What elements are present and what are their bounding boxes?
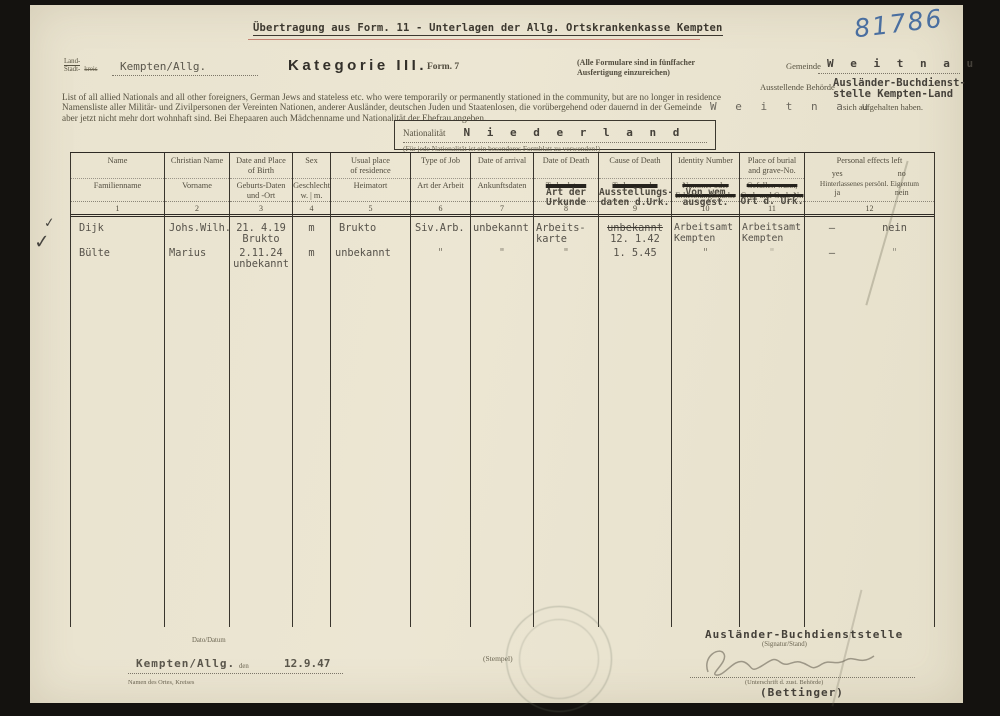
- place-date-underline: [128, 672, 343, 674]
- cell-eigentum-r1: – nein: [805, 223, 934, 248]
- cell-ausstellung-r2: 1. 5.45: [599, 248, 671, 273]
- column-heimatort-header: Usual place of residence Heimatort 5: [331, 153, 410, 217]
- column-name: Name Familienname 1 Dijk Bülte: [70, 153, 165, 627]
- column-vonwem-body: Arbeitsamt Kempten ": [672, 217, 739, 627]
- signed-name-typed: (Bettinger): [760, 686, 844, 699]
- column-geburt-body: 21. 4.19 Brukto 2.11.24 unbekannt: [230, 217, 292, 627]
- place-value: Kempten/Allg.: [136, 657, 235, 670]
- struck-value: unbekannt: [601, 223, 669, 234]
- col-header-de: Vorname: [165, 179, 229, 201]
- col-header-de: Ankunftsdaten: [471, 179, 533, 201]
- col-header-de: Geschlecht w. | m.: [293, 179, 330, 201]
- cell-ankunft-r1: unbekannt: [471, 223, 533, 248]
- eigentum-ja-r1: –: [807, 223, 857, 248]
- cell-sex-r1: m: [293, 223, 330, 248]
- column-urkunde-header: Date of Death Todesdatum Art der Urkunde…: [534, 153, 598, 217]
- column-urkunde: Date of Death Todesdatum Art der Urkunde…: [534, 153, 599, 627]
- kreis-underline: [112, 74, 258, 76]
- col-header-en: Type of Job: [411, 153, 470, 179]
- place-caption: Namen des Ortes, Kreises: [128, 679, 194, 686]
- col-header-en: Identity Number: [672, 153, 739, 179]
- date-value: 12.9.47: [284, 657, 330, 670]
- eigentum-nein-r1: nein: [857, 223, 932, 248]
- behoerde-label: Ausstellende Behörde: [760, 82, 835, 92]
- cell-eigentum-r2: – ": [805, 248, 934, 273]
- eigentum-nein-r2: ": [857, 248, 932, 273]
- col-header-number: 5: [331, 201, 410, 214]
- kreis-label: Land-Stadt- kreis: [64, 58, 97, 76]
- column-orturkunde-body: Arbeitsamt Kempten ": [740, 217, 804, 627]
- col-header-en: Name: [71, 153, 164, 179]
- den-label: den: [239, 663, 249, 670]
- aufgehalten-note: sich aufgehalten haben.: [843, 102, 923, 112]
- issuing-office-typed: Ausländer-Buchdienststelle: [705, 628, 903, 641]
- column-ausstellung-header: Cause of Death Todesursache Ausstellungs…: [599, 153, 671, 217]
- cell-urkunde-r2: ": [534, 248, 598, 273]
- column-urkunde-body: Arbeits- karte ": [534, 217, 598, 627]
- col-header-ja-nein: ja nein: [805, 188, 934, 201]
- col-header-typed: Ort d. Urk.: [740, 197, 804, 207]
- column-ankunft-header: Date of arrival Ankunftsdaten 7: [471, 153, 533, 217]
- form-number: Form. 7: [427, 62, 459, 72]
- col-header-en: Date of Death: [534, 153, 598, 179]
- col-header-number: 3: [230, 201, 292, 214]
- column-eigentum-body: – nein – ": [805, 217, 934, 627]
- kreis-value: Kempten/Allg.: [120, 60, 206, 73]
- column-orturkunde: Place of burial and grave-No. Gefallen w…: [740, 153, 805, 627]
- intro-line-2: Namensliste aller Militär- und Zivilpers…: [62, 102, 724, 112]
- col-header-de: Hinterlassenes persönl. Eigentum: [805, 178, 934, 188]
- gemeinde-value: W e i t n a u: [827, 57, 978, 70]
- cell-name-r1: Dijk: [71, 223, 164, 248]
- column-heimatort-body: Brukto unbekannt: [331, 217, 410, 627]
- column-eigentum-header: Personal effects left yes no Hinterlasse…: [805, 153, 934, 217]
- kreis-label-suffix: kreis: [84, 66, 97, 73]
- col-header-en: Date and Place of Birth: [230, 153, 292, 179]
- column-name-body: Dijk Bülte: [71, 217, 164, 627]
- unterschrift-caption: (Unterschrift d. zust. Behörde): [745, 679, 823, 686]
- column-arbeit: Type of Job Art der Arbeit 6 Siv.Arb. ": [411, 153, 471, 627]
- col-header-number: 7: [471, 201, 533, 214]
- nein-label: nein: [870, 188, 935, 201]
- col-header-number: 2: [165, 201, 229, 214]
- handwritten-signature: [698, 644, 888, 678]
- nationality-value: N i e d e r l a n d: [464, 126, 685, 139]
- persons-table: Name Familienname 1 Dijk Bülte Christian…: [70, 152, 935, 627]
- col-header-typed: Art der Urkunde: [534, 188, 598, 208]
- col-header-en: Sex: [293, 153, 330, 179]
- col-header-de: Familienname: [71, 179, 164, 201]
- kreis-label-stadt: Stadt-: [64, 65, 80, 73]
- column-vorname-body: Johs.Wilh. Marius: [165, 217, 229, 627]
- col-header-number: 1: [71, 201, 164, 214]
- col-header-de: Geburts-Daten und -Ort: [230, 179, 292, 201]
- row2-checkmark: ✓: [33, 230, 50, 253]
- behoerde-value: Ausländer-Buchdienst- stelle Kempten-Lan…: [833, 78, 966, 100]
- signature-underline: [690, 676, 915, 678]
- formulare-note: (Alle Formulare sind in fünffacher Ausfe…: [577, 58, 695, 77]
- document-title: Übertragung aus Form. 11 - Unterlagen de…: [253, 22, 723, 36]
- yes-label: yes: [805, 169, 870, 178]
- ja-label: ja: [805, 188, 870, 201]
- column-sex-body: m m: [293, 217, 330, 627]
- cell-heimat-r1: Brukto: [331, 223, 410, 248]
- intro-line-1: List of all allied Nationals and all oth…: [62, 92, 724, 102]
- cell-heimat-r2: unbekannt: [331, 248, 410, 273]
- cell-sex-r2: m: [293, 248, 330, 273]
- col-header-number: 4: [293, 201, 330, 214]
- cell-orturkunde-r1: Arbeitsamt Kempten: [740, 223, 804, 248]
- col-header-typed: Ausstellungs- daten d.Urk.: [599, 188, 671, 208]
- column-heimatort: Usual place of residence Heimatort 5 Bru…: [331, 153, 411, 627]
- column-vorname-header: Christian Name Vorname 2: [165, 153, 229, 217]
- scanned-form-page: Übertragung aus Form. 11 - Unterlagen de…: [0, 0, 1000, 716]
- corrected-value: 12. 1.42: [601, 234, 669, 245]
- red-underline: [248, 39, 700, 40]
- col-header-de: Art der Arbeit: [411, 179, 470, 201]
- column-geburt: Date and Place of Birth Geburts-Daten un…: [230, 153, 293, 627]
- column-vonwem-header: Identity Number Nummer oder Erkennungsma…: [672, 153, 739, 217]
- cell-vorname-r1: Johs.Wilh.: [165, 223, 229, 248]
- kategorie-heading: Kategorie III.: [288, 57, 427, 74]
- dato-label: Dato/Datum: [192, 637, 226, 644]
- column-eigentum: Personal effects left yes no Hinterlasse…: [805, 153, 935, 627]
- round-stamp: [506, 606, 612, 712]
- nationality-label: Nationalität: [403, 128, 446, 138]
- col-header-typed: Von wem ausgest.: [672, 188, 739, 208]
- row1-checkmark: ✓: [43, 215, 55, 231]
- column-geburt-header: Date and Place of Birth Geburts-Daten un…: [230, 153, 292, 217]
- col-header-yes-no: yes no: [805, 169, 934, 178]
- nationality-box: Nationalität N i e d e r l a n d (Für je…: [394, 120, 716, 150]
- col-header-en: Christian Name: [165, 153, 229, 179]
- column-arbeit-header: Type of Job Art der Arbeit 6: [411, 153, 470, 217]
- column-sex-header: Sex Geschlecht w. | m. 4: [293, 153, 330, 217]
- cell-urkunde-r1: Arbeits- karte: [534, 223, 598, 248]
- cell-vonwem-r1: Arbeitsamt Kempten: [672, 223, 739, 248]
- eigentum-ja-r2: –: [807, 248, 857, 273]
- column-ausstellung: Cause of Death Todesursache Ausstellungs…: [599, 153, 672, 627]
- col-header-en: Date of arrival: [471, 153, 533, 179]
- column-sex: Sex Geschlecht w. | m. 4 m m: [293, 153, 331, 627]
- nationality-underline: [403, 141, 707, 143]
- column-ausstellung-body: unbekannt 12. 1.42 1. 5.45: [599, 217, 671, 627]
- col-header-number: 6: [411, 201, 470, 214]
- column-orturkunde-header: Place of burial and grave-No. Gefallen w…: [740, 153, 804, 217]
- cell-arbeit-r2: ": [411, 248, 470, 273]
- col-header-en: Personal effects left: [805, 153, 934, 169]
- cell-ausstellung-r1: unbekannt 12. 1.42: [599, 223, 671, 248]
- column-vonwem: Identity Number Nummer oder Erkennungsma…: [672, 153, 740, 627]
- cell-geburt-r2: 2.11.24 unbekannt: [230, 248, 292, 273]
- kreis-label-land: Land-: [64, 58, 80, 65]
- column-ankunft: Date of arrival Ankunftsdaten 7 unbekann…: [471, 153, 534, 627]
- column-arbeit-body: Siv.Arb. ": [411, 217, 470, 627]
- gemeinde-underline: [818, 72, 960, 74]
- col-header-en: Cause of Death: [599, 153, 671, 179]
- gemeinde-label: Gemeinde: [786, 61, 821, 71]
- col-header-en: Usual place of residence: [331, 153, 410, 179]
- cell-ankunft-r2: ": [471, 248, 533, 273]
- cell-name-r2: Bülte: [71, 248, 164, 273]
- column-vorname: Christian Name Vorname 2 Johs.Wilh. Mari…: [165, 153, 230, 627]
- column-ankunft-body: unbekannt ": [471, 217, 533, 627]
- intro-paragraph: List of all allied Nationals and all oth…: [62, 92, 724, 123]
- column-name-header: Name Familienname 1: [71, 153, 164, 217]
- cell-orturkunde-r2: ": [740, 248, 804, 273]
- cell-geburt-r1: 21. 4.19 Brukto: [230, 223, 292, 248]
- kreis-label-stack: Land-Stadt-: [64, 58, 80, 73]
- col-header-en: Place of burial and grave-No.: [740, 153, 804, 179]
- col-header-number: 12: [805, 201, 934, 214]
- cell-vorname-r2: Marius: [165, 248, 229, 273]
- col-header-de: Heimatort: [331, 179, 410, 201]
- cell-arbeit-r1: Siv.Arb.: [411, 223, 470, 248]
- cell-vonwem-r2: ": [672, 248, 739, 273]
